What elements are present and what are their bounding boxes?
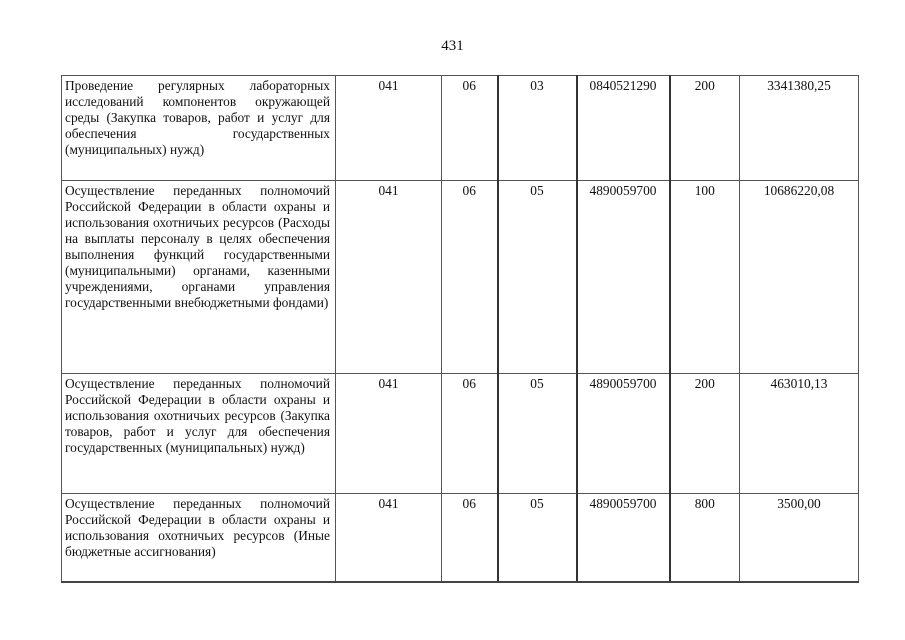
row-section-code: 06 <box>442 494 498 582</box>
row-amount: 3500,00 <box>740 494 859 582</box>
row-amount: 10686220,08 <box>740 181 859 374</box>
row-amount: 463010,13 <box>740 374 859 494</box>
row-section-code: 06 <box>442 181 498 374</box>
row-ministry-code: 041 <box>336 181 442 374</box>
table-row: Осуществление переданных полномочий Росс… <box>62 374 859 494</box>
row-section-code: 06 <box>442 374 498 494</box>
page-number: 431 <box>0 38 905 55</box>
row-subsection-code: 05 <box>498 494 577 582</box>
row-expense-type: 100 <box>670 181 740 374</box>
row-description: Осуществление переданных полномочий Росс… <box>62 374 336 494</box>
row-ministry-code: 041 <box>336 76 442 181</box>
row-ministry-code: 041 <box>336 494 442 582</box>
row-description: Осуществление переданных полномочий Росс… <box>62 181 336 374</box>
row-expense-type: 800 <box>670 494 740 582</box>
row-target-article: 4890059700 <box>577 494 670 582</box>
row-target-article: 4890059700 <box>577 181 670 374</box>
row-target-article: 0840521290 <box>577 76 670 181</box>
row-subsection-code: 03 <box>498 76 577 181</box>
table-row: Осуществление переданных полномочий Росс… <box>62 494 859 582</box>
row-subsection-code: 05 <box>498 374 577 494</box>
row-section-code: 06 <box>442 76 498 181</box>
row-amount: 3341380,25 <box>740 76 859 181</box>
table-row: Осуществление переданных полномочий Росс… <box>62 181 859 374</box>
row-target-article: 4890059700 <box>577 374 670 494</box>
row-subsection-code: 05 <box>498 181 577 374</box>
row-description: Осуществление переданных полномочий Росс… <box>62 494 336 582</box>
budget-table: Проведение регулярных лабораторных иссле… <box>61 75 859 583</box>
table-row: Проведение регулярных лабораторных иссле… <box>62 76 859 181</box>
row-ministry-code: 041 <box>336 374 442 494</box>
row-expense-type: 200 <box>670 76 740 181</box>
row-expense-type: 200 <box>670 374 740 494</box>
row-description: Проведение регулярных лабораторных иссле… <box>62 76 336 181</box>
